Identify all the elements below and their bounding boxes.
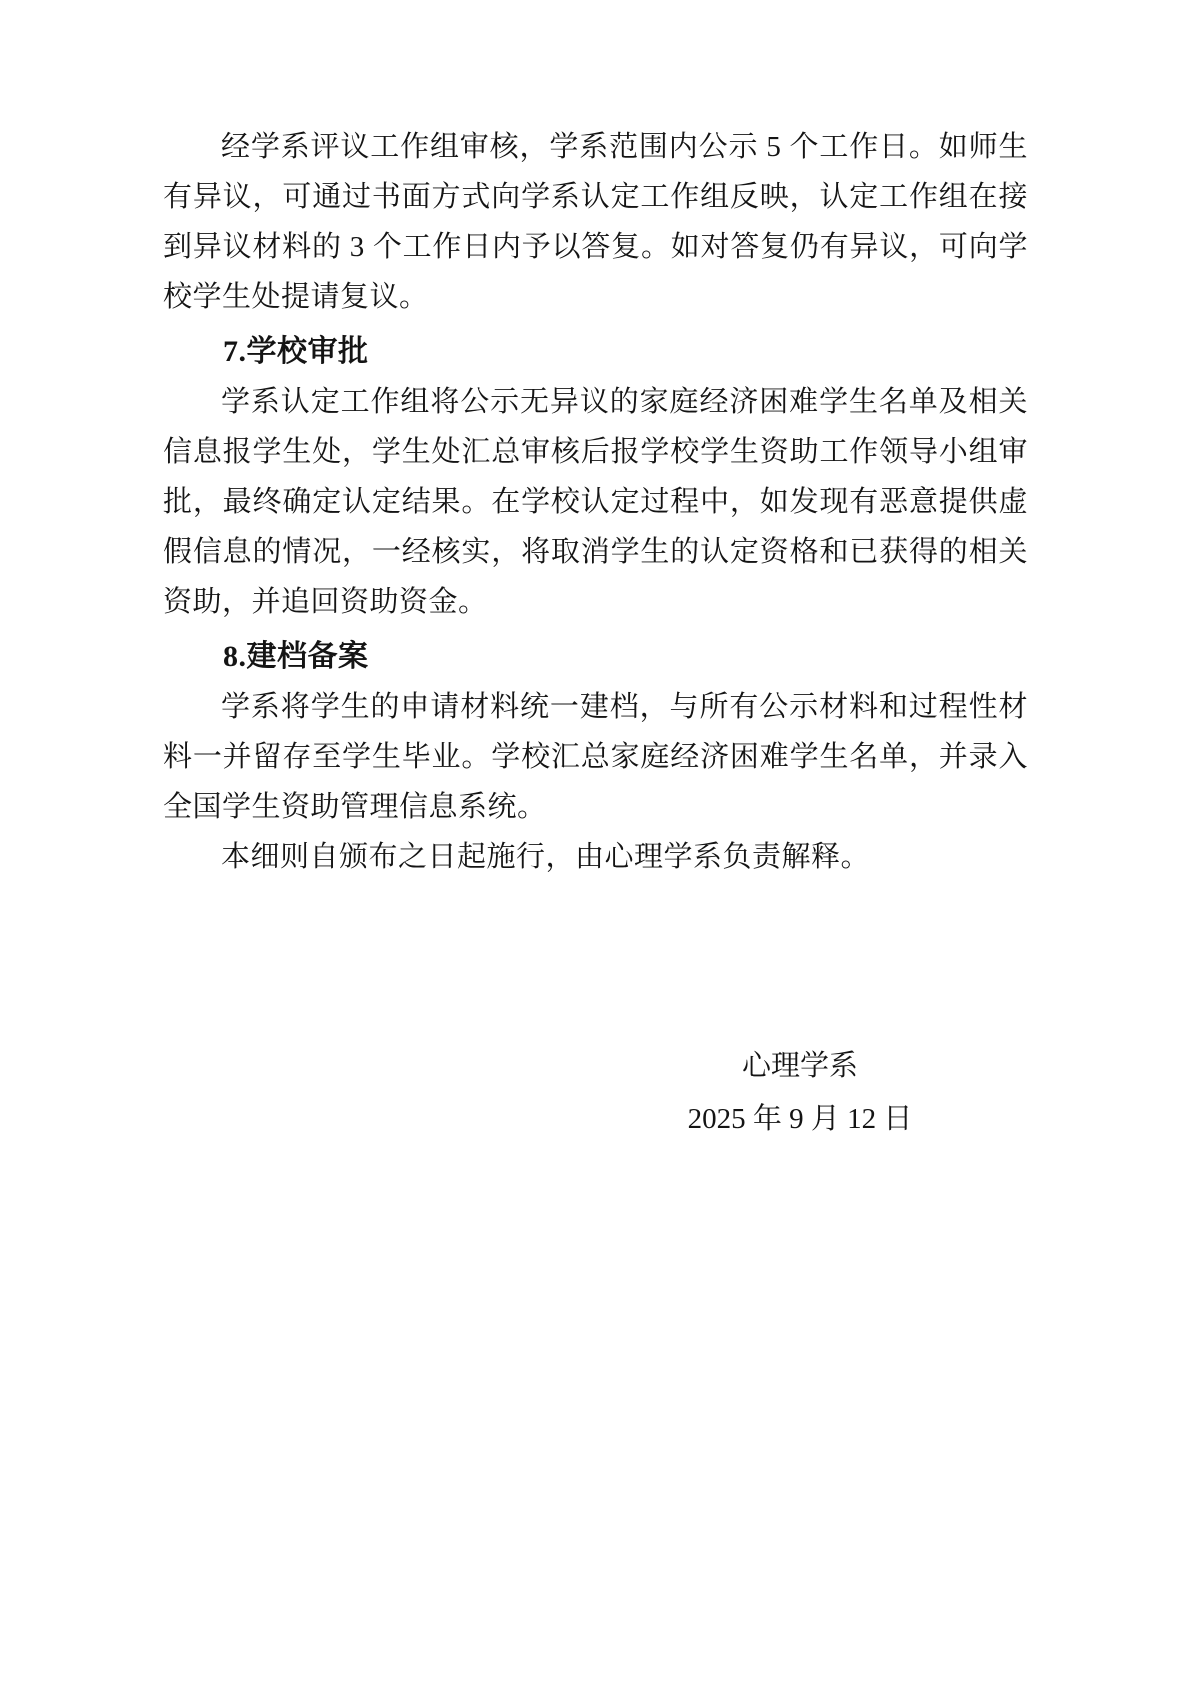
paragraph-archiving: 学系将学生的申请材料统一建档，与所有公示材料和过程性材料一并留存至学生毕业。学校… [163,682,1028,832]
signature-date: 2025 年 9 月 12 日 [600,1093,1000,1146]
heading-school-approval: 7.学校审批 [163,327,1028,377]
document-content: 经学系评议工作组审核，学系范围内公示 5 个工作日。如师生有异议，可通过书面方式… [163,122,1028,1146]
paragraph-effective-date: 本细则自颁布之日起施行，由心理学系负责解释。 [163,832,1028,882]
document-page: 经学系评议工作组审核，学系范围内公示 5 个工作日。如师生有异议，可通过书面方式… [0,0,1191,1684]
paragraph-public-review: 经学系评议工作组审核，学系范围内公示 5 个工作日。如师生有异议，可通过书面方式… [163,122,1028,322]
heading-archiving: 8.建档备案 [163,632,1028,682]
paragraph-school-approval: 学系认定工作组将公示无异议的家庭经济困难学生名单及相关信息报学生处，学生处汇总审… [163,377,1028,627]
signature-block: 心理学系 2025 年 9 月 12 日 [600,1040,1000,1146]
signature-org: 心理学系 [600,1040,1000,1093]
